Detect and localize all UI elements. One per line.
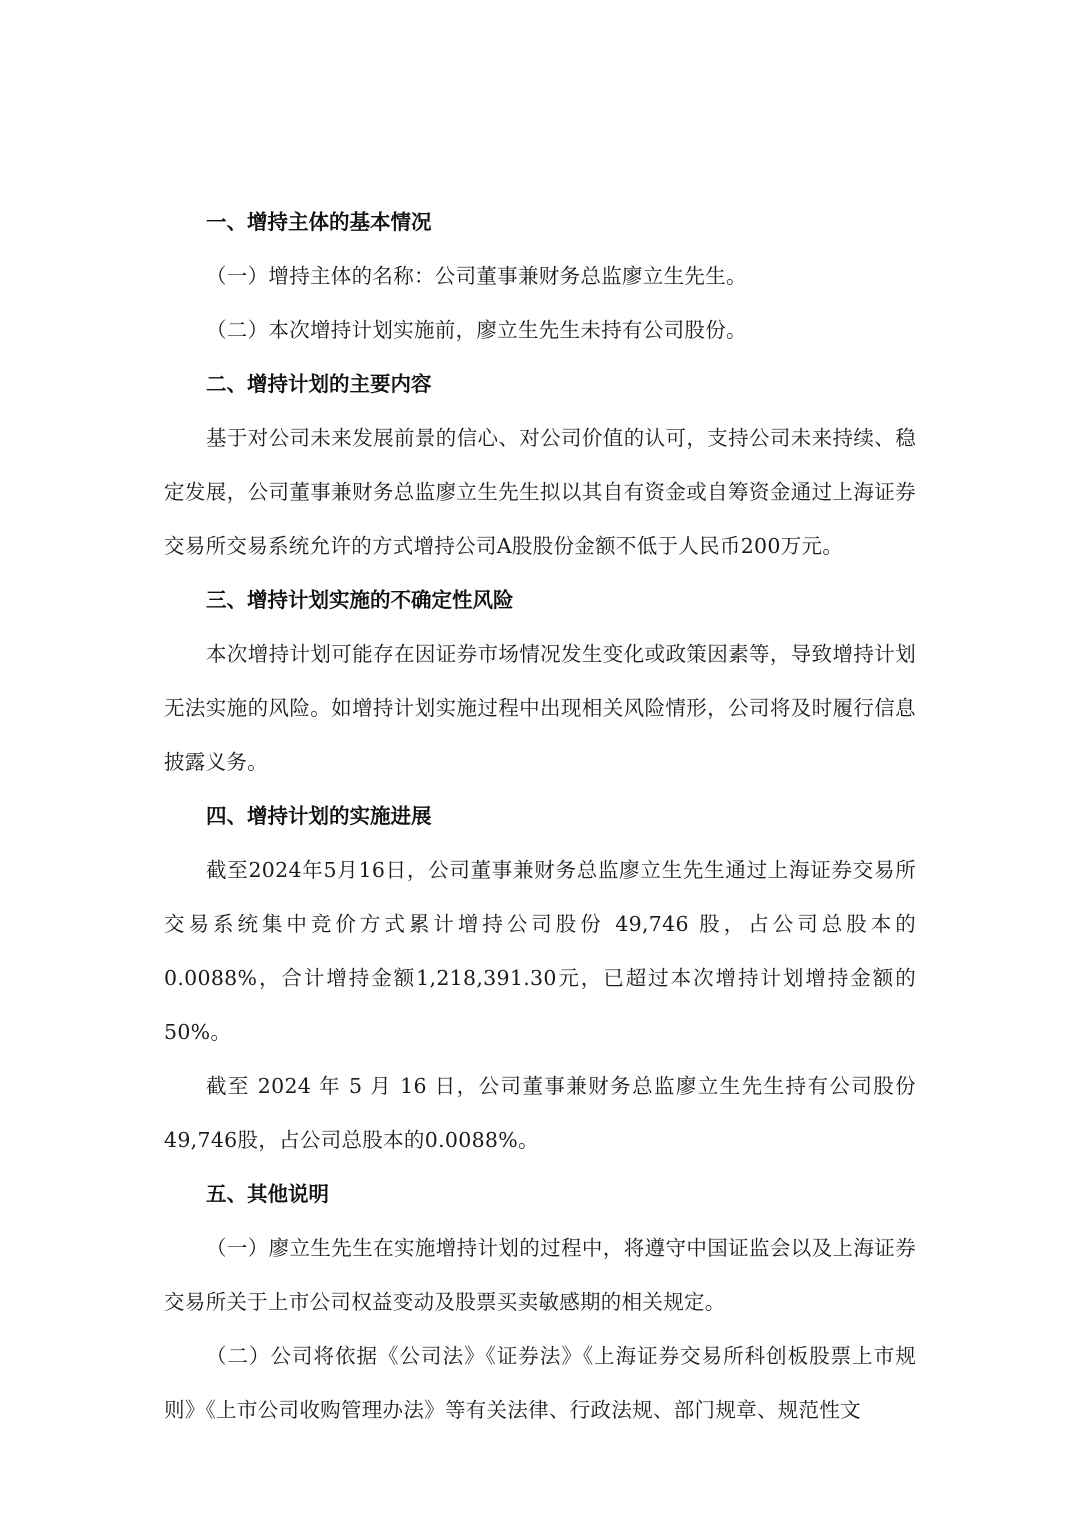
document-page: 一、增持主体的基本情况 （一）增持主体的名称：公司董事兼财务总监廖立生先生。 （… — [164, 195, 916, 1437]
paragraph: （二）本次增持计划实施前，廖立生先生未持有公司股份。 — [164, 303, 916, 357]
section-heading: 一、增持主体的基本情况 — [164, 195, 916, 249]
section-heading: 二、增持计划的主要内容 — [164, 357, 916, 411]
section-4: 四、增持计划的实施进展 截至2024年5月16日，公司董事兼财务总监廖立生先生通… — [164, 789, 916, 1167]
paragraph: （一）增持主体的名称：公司董事兼财务总监廖立生先生。 — [164, 249, 916, 303]
paragraph: 截至2024年5月16日，公司董事兼财务总监廖立生先生通过上海证券交易所交易系统… — [164, 843, 916, 1059]
section-heading: 三、增持计划实施的不确定性风险 — [164, 573, 916, 627]
paragraph: （一）廖立生先生在实施增持计划的过程中，将遵守中国证监会以及上海证券交易所关于上… — [164, 1221, 916, 1329]
paragraph: 基于对公司未来发展前景的信心、对公司价值的认可，支持公司未来持续、稳定发展，公司… — [164, 411, 916, 573]
section-2: 二、增持计划的主要内容 基于对公司未来发展前景的信心、对公司价值的认可，支持公司… — [164, 357, 916, 573]
paragraph: 截至 2024 年 5 月 16 日，公司董事兼财务总监廖立生先生持有公司股份4… — [164, 1059, 916, 1167]
section-heading: 四、增持计划的实施进展 — [164, 789, 916, 843]
paragraph: （二）公司将依据《公司法》《证券法》《上海证券交易所科创板股票上市规则》《上市公… — [164, 1329, 916, 1437]
section-heading: 五、其他说明 — [164, 1167, 916, 1221]
section-1: 一、增持主体的基本情况 （一）增持主体的名称：公司董事兼财务总监廖立生先生。 （… — [164, 195, 916, 357]
section-3: 三、增持计划实施的不确定性风险 本次增持计划可能存在因证券市场情况发生变化或政策… — [164, 573, 916, 789]
section-5: 五、其他说明 （一）廖立生先生在实施增持计划的过程中，将遵守中国证监会以及上海证… — [164, 1167, 916, 1437]
paragraph: 本次增持计划可能存在因证券市场情况发生变化或政策因素等，导致增持计划无法实施的风… — [164, 627, 916, 789]
